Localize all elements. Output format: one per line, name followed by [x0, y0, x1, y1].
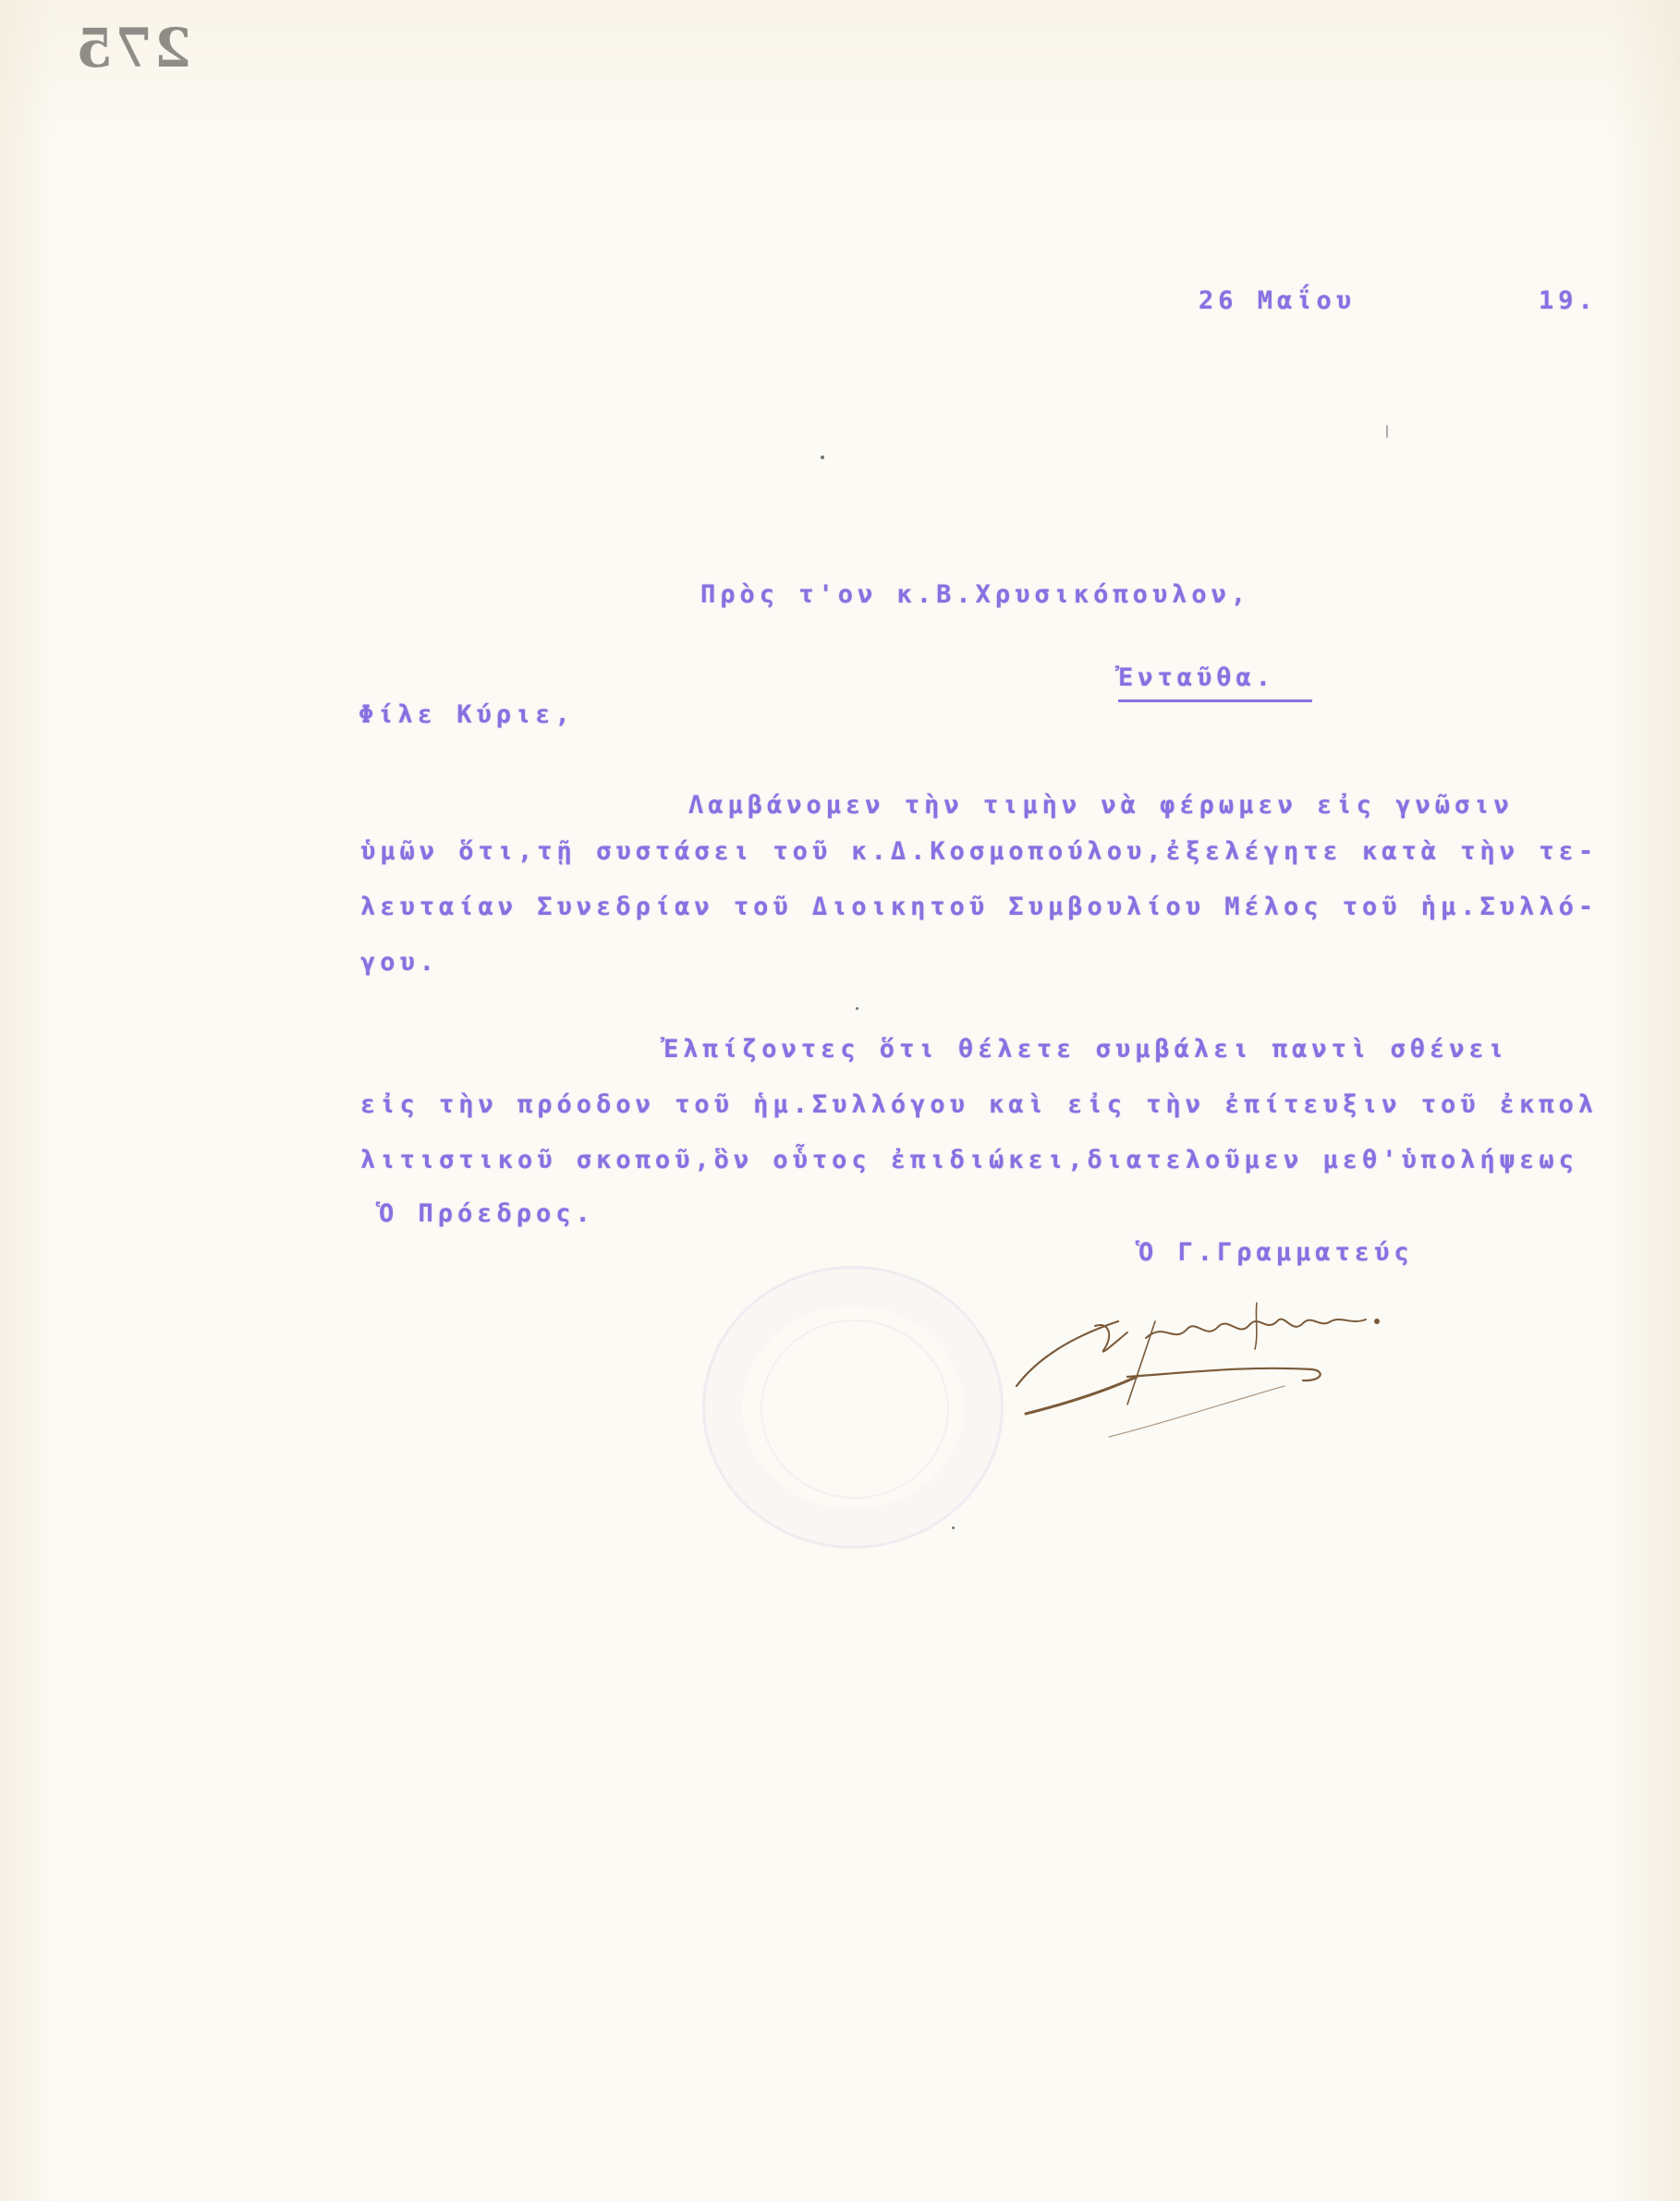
speck: [1386, 425, 1388, 438]
body-line: Ἐλπίζοντες ὅτι θέλετε συμβάλει παντὶ σθέ…: [663, 1035, 1508, 1064]
body-line: εἰς τὴν πρόοδον τοῦ ἡμ.Συλλόγου καὶ εἰς …: [360, 1090, 1598, 1119]
archive-number: 275: [74, 17, 191, 79]
president-closing: Ὁ Πρόεδρος.: [379, 1199, 595, 1228]
secretary-closing: Ὁ Γ.Γραμματεύς: [1138, 1238, 1414, 1267]
speck: [821, 456, 824, 459]
body-line: λευταίαν Συνεδρίαν τοῦ Διοικητοῦ Συμβουλ…: [360, 893, 1598, 921]
faded-seal-stamp: [702, 1266, 1004, 1549]
body-line: λιτιστικοῦ σκοποῦ,ὃν οὗτος ἐπιδιώκει,δια…: [360, 1146, 1578, 1174]
speck: [952, 1526, 955, 1529]
seal-inner-ring: [761, 1319, 949, 1499]
salutation: Φίλε Κύριε,: [359, 700, 575, 729]
recipient-location: Ἐνταῦθα.: [1118, 663, 1312, 702]
body-line: Λαμβάνομεν τὴν τιμὴν νὰ φέρωμεν εἰς γνῶσ…: [688, 791, 1514, 820]
letter-date: 26 Μαΐου: [1199, 286, 1356, 315]
recipient-line: Πρὸς τ'ον κ.Β.Χρυσικόπουλον,: [700, 580, 1250, 609]
body-line: ὑμῶν ὅτι,τῇ συστάσει τοῦ κ.Δ.Κοσμοπούλου…: [360, 837, 1598, 866]
letter-year: 19.: [1539, 286, 1598, 315]
document-page: 275 26 Μαΐου 19. Πρὸς τ'ον κ.Β.Χρυσικόπο…: [0, 0, 1680, 2201]
handwritten-signature: [1007, 1284, 1488, 1441]
body-line: γου.: [360, 948, 439, 977]
speck: [856, 1007, 858, 1010]
